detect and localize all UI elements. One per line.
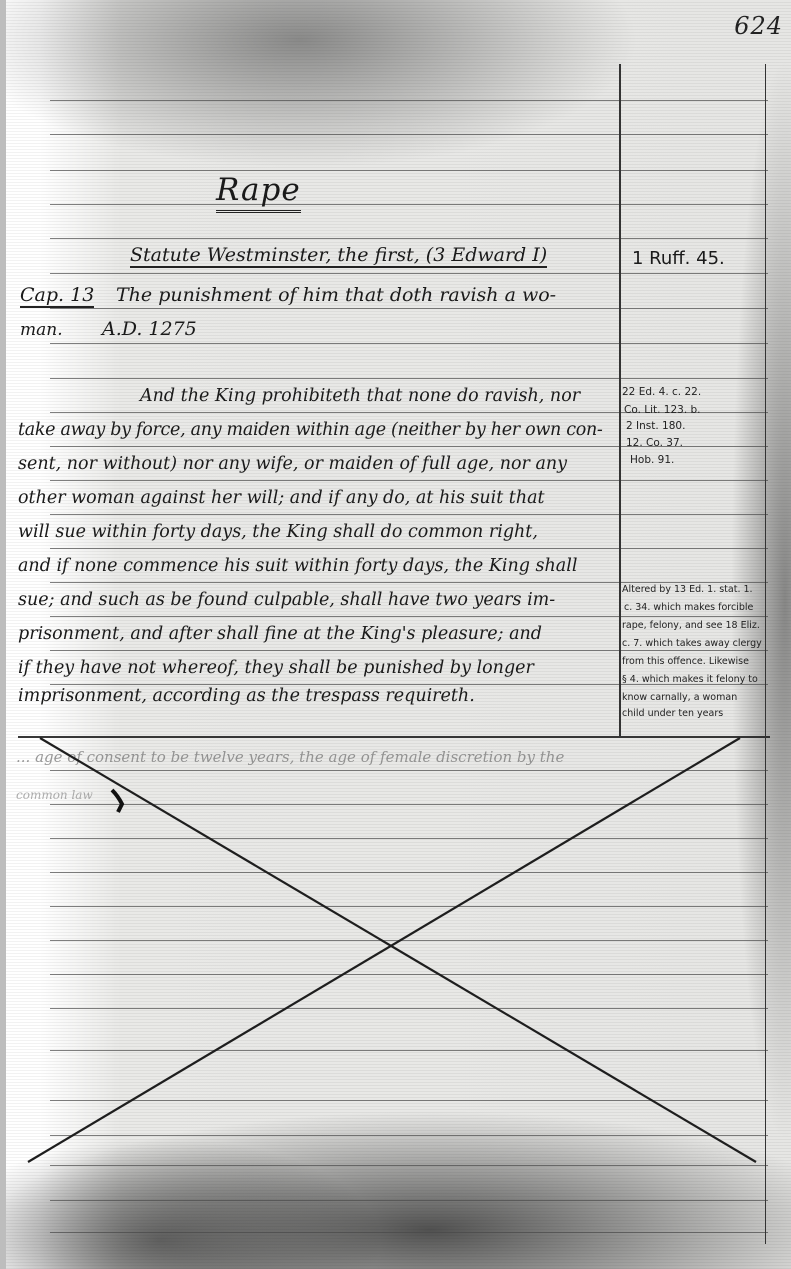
cancellation-x-mark	[0, 0, 791, 1269]
